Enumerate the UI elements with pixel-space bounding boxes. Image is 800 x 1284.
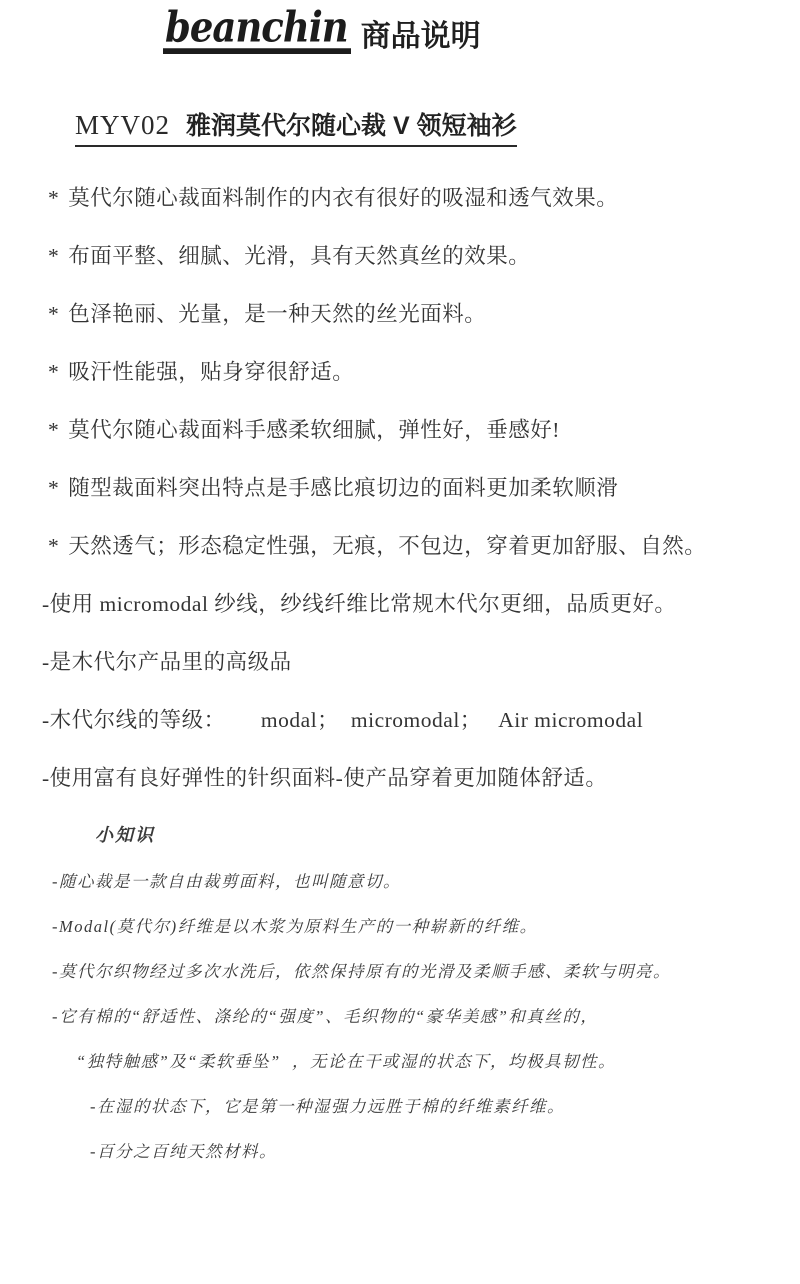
- feature-text: 使用富有良好弹性的针织面料-使产品穿着更加随体舒适。: [50, 766, 608, 790]
- product-description-page: beanchin 商品说明 MYV02雅润莫代尔随心裁 V 领短袖衫 *莫代尔随…: [0, 0, 800, 1284]
- bullet-marker: *: [48, 186, 59, 210]
- product-code: MYV02: [75, 110, 170, 140]
- feature-item: *吸汗性能强，贴身穿很舒适。: [42, 357, 800, 387]
- feature-text: 布面平整、细腻、光滑，具有天然真丝的效果。: [68, 244, 530, 268]
- feature-text: 是木代尔产品里的高级品: [50, 650, 292, 674]
- feature-item: *莫代尔随心裁面料制作的内衣有很好的吸湿和透气效果。: [42, 183, 800, 213]
- feature-item: *随型裁面料突出特点是手感比痕切边的面料更加柔软顺滑: [42, 473, 800, 503]
- feature-text: 使用 micromodal 纱线，纱线纤维比常规木代尔更细，品质更好。: [50, 592, 677, 616]
- tip-item: -它有棉的“舒适性、涤纶的“强度”、毛织物的“豪华美感”和真丝的，: [52, 1006, 800, 1028]
- feature-item: *色泽艳丽、光量，是一种天然的丝光面料。: [42, 299, 800, 329]
- product-title-row: MYV02雅润莫代尔随心裁 V 领短袖衫: [75, 106, 800, 147]
- feature-list: *莫代尔随心裁面料制作的内衣有很好的吸湿和透气效果。 *布面平整、细腻、光滑，具…: [0, 183, 800, 793]
- feature-item: -是木代尔产品里的高级品: [42, 647, 800, 677]
- feature-text: 色泽艳丽、光量，是一种天然的丝光面料。: [68, 302, 486, 326]
- feature-item: *布面平整、细腻、光滑，具有天然真丝的效果。: [42, 241, 800, 271]
- feature-item: -木代尔线的等级： modal； micromodal； Air micromo…: [42, 705, 800, 735]
- bullet-marker: -: [42, 592, 50, 616]
- feature-item: *天然透气；形态稳定性强，无痕，不包边，穿着更加舒服、自然。: [42, 531, 800, 561]
- product-name: 雅润莫代尔随心裁 V 领短袖衫: [186, 112, 517, 140]
- tip-item: -随心裁是一款自由裁剪面料，也叫随意切。: [52, 871, 800, 893]
- header: beanchin 商品说明: [163, 6, 800, 54]
- tip-item-continuation: “独特触感”及“柔软垂坠” ，无论在干或湿的状态下，均极具韧性。: [76, 1051, 800, 1073]
- brand-logo: beanchin: [163, 6, 351, 54]
- tips-heading: 小知识: [95, 821, 800, 847]
- feature-text: 吸汗性能强，贴身穿很舒适。: [68, 360, 354, 384]
- bullet-marker: *: [48, 302, 59, 326]
- bullet-marker: *: [48, 360, 59, 384]
- feature-text: 天然透气；形态稳定性强，无痕，不包边，穿着更加舒服、自然。: [68, 534, 706, 558]
- bullet-marker: *: [48, 418, 59, 442]
- bullet-marker: *: [48, 476, 59, 500]
- feature-text: 莫代尔随心裁面料制作的内衣有很好的吸湿和透气效果。: [68, 186, 618, 210]
- tip-item: -Modal(莫代尔)纤维是以木浆为原料生产的一种崭新的纤维。: [52, 916, 800, 938]
- bullet-marker: -: [42, 708, 50, 732]
- tip-item: -百分之百纯天然材料。: [90, 1141, 800, 1163]
- feature-item: *莫代尔随心裁面料手感柔软细腻，弹性好，垂感好!: [42, 415, 800, 445]
- document-type-label: 商品说明: [361, 20, 481, 54]
- feature-text: 莫代尔随心裁面料手感柔软细腻，弹性好，垂感好!: [68, 418, 560, 442]
- tip-item: -在湿的状态下，它是第一种湿强力远胜于棉的纤维素纤维。: [90, 1096, 800, 1118]
- product-title: MYV02雅润莫代尔随心裁 V 领短袖衫: [75, 106, 517, 147]
- bullet-marker: *: [48, 244, 59, 268]
- feature-text: 随型裁面料突出特点是手感比痕切边的面料更加柔软顺滑: [68, 476, 618, 500]
- bullet-marker: -: [42, 650, 50, 674]
- feature-item: -使用 micromodal 纱线，纱线纤维比常规木代尔更细，品质更好。: [42, 589, 800, 619]
- feature-item: -使用富有良好弹性的针织面料-使产品穿着更加随体舒适。: [42, 763, 800, 793]
- bullet-marker: *: [48, 534, 59, 558]
- bullet-marker: -: [42, 766, 50, 790]
- feature-text: 木代尔线的等级： modal； micromodal； Air micromod…: [50, 708, 644, 732]
- tips-section: 小知识 -随心裁是一款自由裁剪面料，也叫随意切。 -Modal(莫代尔)纤维是以…: [0, 821, 800, 1163]
- tip-item: -莫代尔织物经过多次水洗后，依然保持原有的光滑及柔顺手感、柔软与明亮。: [52, 961, 800, 983]
